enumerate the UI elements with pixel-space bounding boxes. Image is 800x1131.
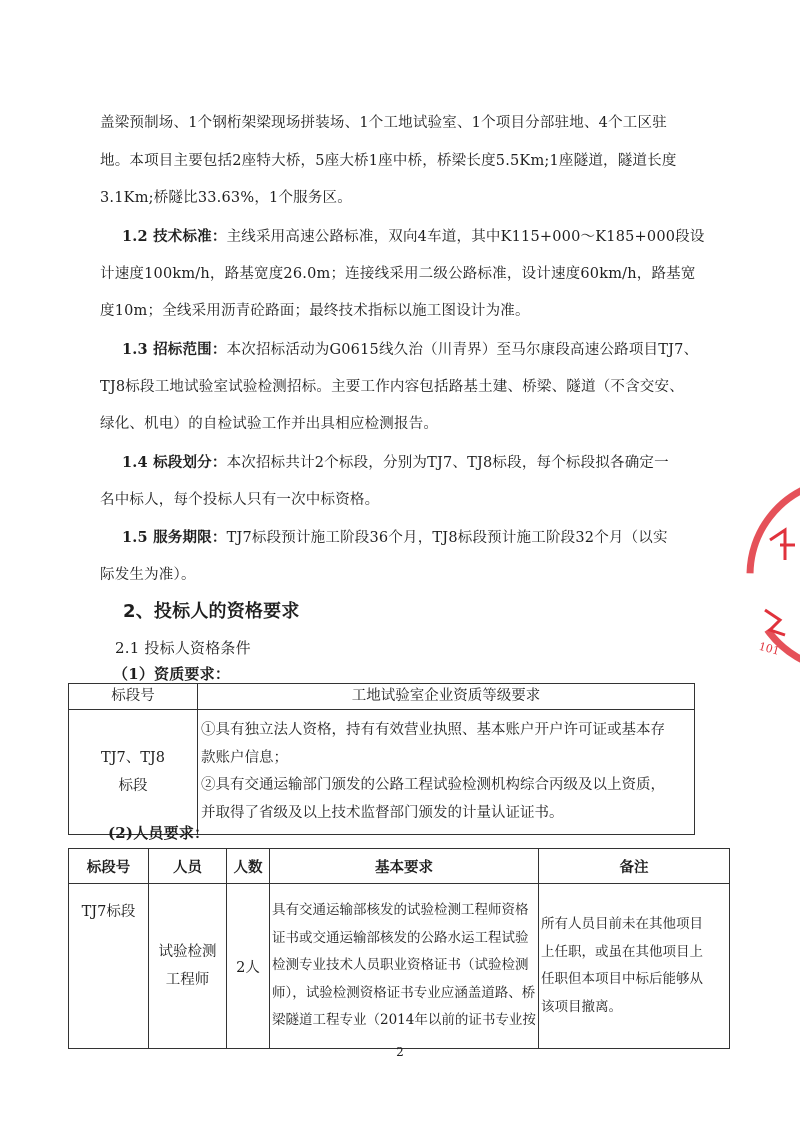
staff-table: 标段号 人员 人数 基本要求 备注 TJ7标段 试验检测 工程师 2人 具有交通… <box>68 848 730 1049</box>
section-2-1-title: 2.1 投标人资格条件 <box>115 638 251 658</box>
paragraph-line: 度10m；全线采用沥青砼路面；最终技术指标以施工图设计为准。 <box>100 301 530 321</box>
section-1-5-line: 1.5 服务期限：TJ7标段预计施工阶段36个月，TJ8标段预计施工阶段32个月… <box>122 528 668 548</box>
header-cell: 人员 <box>149 849 227 884</box>
section-1-2-label: 1.2 技术标准： <box>122 228 227 245</box>
document-page: 盖梁预制场、1个钢桁架梁现场拼装场、1个工地试验室、1个项目分部驻地、4个工区驻… <box>0 0 800 1131</box>
section-cell: TJ7、TJ8 标段 <box>69 710 198 835</box>
count-cell: 2人 <box>227 884 270 1049</box>
paragraph-line: 计速度100km/h，路基宽度26.0m；连接线采用二级公路标准，设计速度60k… <box>100 264 696 284</box>
section-2-title: 2、投标人的资格要求 <box>123 602 300 622</box>
table-header-row: 标段号 工地试验室企业资质等级要求 <box>69 684 695 710</box>
note-cell: 所有人员目前未在其他项目 上任职，或虽在其他项目上 任职但本项目中标后能够从 该… <box>539 884 730 1049</box>
paragraph-line: TJ8标段工地试验室试验检测招标。主要工作内容包括路基土建、桥梁、隧道（不含交安… <box>100 377 684 397</box>
page-number: 2 <box>0 1045 800 1059</box>
paragraph-line: 际发生为准）。 <box>100 565 196 585</box>
staff-label: (2)人员要求： <box>108 823 209 843</box>
header-cell: 标段号 <box>69 849 149 884</box>
qualification-table: 标段号 工地试验室企业资质等级要求 TJ7、TJ8 标段 ①具有独立法人资格，持… <box>68 683 695 835</box>
paragraph-line: 绿化、机电）的自检试验工作并出具相应检测报告。 <box>100 414 438 434</box>
section-1-3-label: 1.3 招标范围： <box>122 341 227 358</box>
section-1-4-line: 1.4 标段划分：本次招标共计2个标段，分别为TJ7、TJ8标段，每个标段拟各确… <box>122 453 669 473</box>
header-cell: 备注 <box>539 849 730 884</box>
paragraph-line: 名中标人，每个投标人只有一次中标资格。 <box>100 490 379 510</box>
table-row: TJ7标段 试验检测 工程师 2人 具有交通运输部核发的试验检测工程师资格 证书… <box>69 884 730 1049</box>
requirement-cell: 具有交通运输部核发的试验检测工程师资格 证书或交通运输部核发的公路水运工程试验 … <box>270 884 539 1049</box>
paragraph-line: 地。本项目主要包括2座特大桥，5座大桥1座中桥，桥梁长度5.5Km;1座隧道，隧… <box>100 151 677 171</box>
header-cell: 人数 <box>227 849 270 884</box>
red-seal-stamp-icon: 101 <box>740 470 800 680</box>
qualification-label: （1）资质要求： <box>113 664 230 684</box>
paragraph-line: 盖梁预制场、1个钢桁架梁现场拼装场、1个工地试验室、1个项目分部驻地、4个工区驻 <box>100 113 667 133</box>
section-1-5-label: 1.5 服务期限： <box>122 529 227 546</box>
section-cell: TJ7标段 <box>69 884 149 1049</box>
role-cell: 试验检测 工程师 <box>149 884 227 1049</box>
paragraph-line: 3.1Km;桥隧比33.63%，1个服务区。 <box>100 188 352 208</box>
requirement-cell: ①具有独立法人资格，持有有效营业执照、基本账户开户许可证或基本存 款账户信息； … <box>198 710 695 835</box>
table-header-row: 标段号 人员 人数 基本要求 备注 <box>69 849 730 884</box>
header-cell: 工地试验室企业资质等级要求 <box>198 684 695 710</box>
section-1-4-label: 1.4 标段划分： <box>122 454 227 471</box>
section-1-3-line: 1.3 招标范围：本次招标活动为G0615线久治（川青界）至马尔康段高速公路项目… <box>122 340 698 360</box>
section-1-2-line: 1.2 技术标准：主线采用高速公路标准，双向4车道，其中K115+000～K18… <box>122 227 705 247</box>
table-row: TJ7、TJ8 标段 ①具有独立法人资格，持有有效营业执照、基本账户开户许可证或… <box>69 710 695 835</box>
header-cell: 基本要求 <box>270 849 539 884</box>
header-cell: 标段号 <box>69 684 198 710</box>
